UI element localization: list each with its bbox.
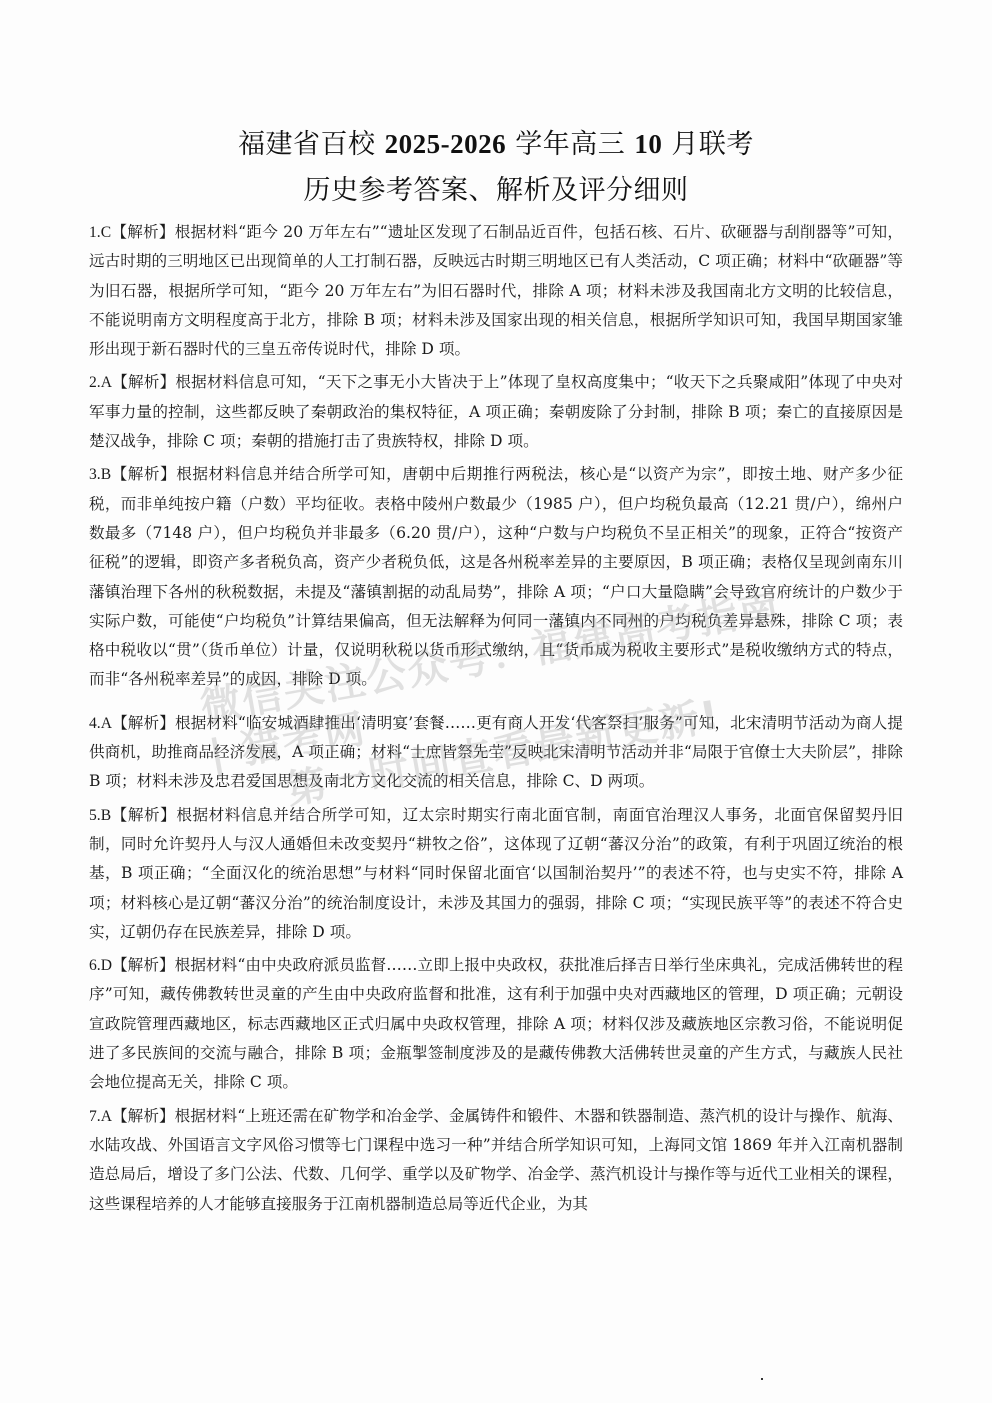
answer-text: 根据材料“由中央政府派员监督……立即上报中央政权，获批准后择吉日举行坐床典礼，完… [89,956,903,1091]
answer-item-2: 2.A【解析】根据材料信息可知，“天下之事无小大皆决于上”体现了皇权高度集中；“… [89,368,903,456]
title-month: 10 [634,129,662,159]
answer-item-5: 5.B【解析】根据材料信息并结合所学可知，辽太宗时期实行南北面官制，南面官治理汉… [89,801,903,947]
scan-speck [761,1378,763,1380]
answer-text: 根据材料“上班还需在矿物学和冶金学、金属铸件和锻件、木器和铁器制造、蒸汽机的设计… [89,1107,903,1213]
document-page: 福建省百校 2025-2026 学年高三 10 月联考 历史参考答案、解析及评分… [0,0,992,1403]
title-year: 2025-2026 [385,129,507,159]
answer-label: 1.C【解析】 [89,224,175,241]
answer-text: 根据材料信息并结合所学可知，辽太宗时期实行南北面官制，南面官治理汉人事务，北面官… [89,806,903,941]
answer-label: 2.A【解析】 [89,374,175,391]
answer-item-1: 1.C【解析】根据材料“距今 20 万年左右”“遗址区发现了石制品近百件，包括石… [89,218,903,364]
answer-item-6: 6.D【解析】根据材料“由中央政府派员监督……立即上报中央政权，获批准后择吉日举… [89,951,903,1097]
answer-text: 根据材料“临安城酒肆推出‘清明宴’套餐……更有商人开发‘代客祭扫’服务”可知，北… [89,714,903,791]
document-subtitle: 历史参考答案、解析及评分细则 [0,168,992,207]
answer-text: 根据材料信息可知，“天下之事无小大皆决于上”体现了皇权高度集中；“收天下之兵聚咸… [89,373,903,450]
answer-label: 3.B【解析】 [89,466,176,483]
answer-text: 根据材料信息并结合所学可知，唐朝中后期推行两税法，核心是“以资产为宗”，即按土地… [89,465,903,688]
document-title: 福建省百校 2025-2026 学年高三 10 月联考 [0,122,992,161]
answer-label: 5.B【解析】 [89,807,176,824]
answer-text: 根据材料“距今 20 万年左右”“遗址区发现了石制品近百件，包括石核、石片、砍砸… [89,223,903,358]
answer-label: 7.A【解析】 [89,1108,175,1125]
answer-label: 6.D【解析】 [89,957,175,974]
answer-label: 4.A【解析】 [89,715,175,732]
title-mid: 学年高三 [506,129,634,160]
answer-item-4: 4.A【解析】根据材料“临安城酒肆推出‘清明宴’套餐……更有商人开发‘代客祭扫’… [89,709,903,797]
title-prefix: 福建省百校 [238,129,385,160]
answer-item-7: 7.A【解析】根据材料“上班还需在矿物学和冶金学、金属铸件和锻件、木器和铁器制造… [89,1102,903,1219]
title-suffix: 月联考 [662,129,754,160]
answer-item-3: 3.B【解析】根据材料信息并结合所学可知，唐朝中后期推行两税法，核心是“以资产为… [89,460,903,694]
answer-list: 1.C【解析】根据材料“距今 20 万年左右”“遗址区发现了石制品近百件，包括石… [89,218,903,1223]
